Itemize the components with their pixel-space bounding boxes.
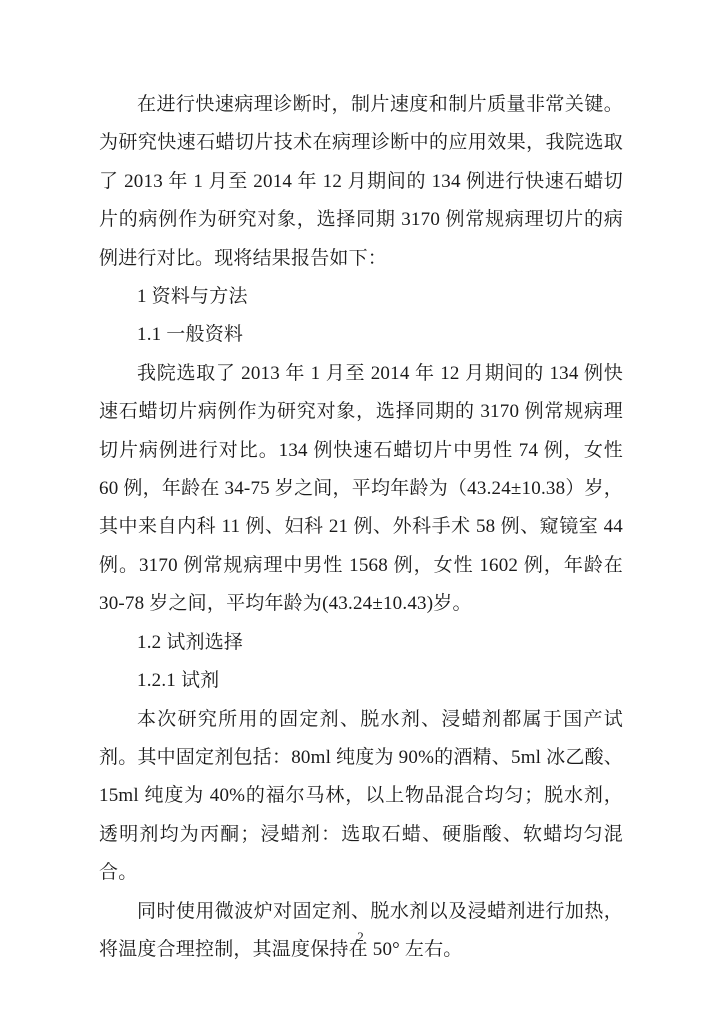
document-body: 在进行快速病理诊断时，制片速度和制片质量非常关键。为研究快速石蜡切片技术在病理诊…	[99, 86, 623, 969]
page-number: 2	[0, 928, 721, 946]
intro-paragraph: 在进行快速病理诊断时，制片速度和制片质量非常关键。为研究快速石蜡切片技术在病理诊…	[99, 86, 623, 278]
document-page: 在进行快速病理诊断时，制片速度和制片质量非常关键。为研究快速石蜡切片技术在病理诊…	[0, 0, 721, 1020]
general-data-paragraph: 我院选取了 2013 年 1 月至 2014 年 12 月期间的 134 例快速…	[99, 355, 623, 624]
reagent-paragraph: 本次研究所用的固定剂、脱水剂、浸蜡剂都属于国产试剂。其中固定剂包括：80ml 纯…	[99, 701, 623, 893]
heading-reagent-selection: 1.2 试剂选择	[99, 624, 623, 662]
heading-reagent: 1.2.1 试剂	[99, 662, 623, 700]
heading-materials-methods: 1 资料与方法	[99, 278, 623, 316]
heading-general-data: 1.1 一般资料	[99, 316, 623, 354]
